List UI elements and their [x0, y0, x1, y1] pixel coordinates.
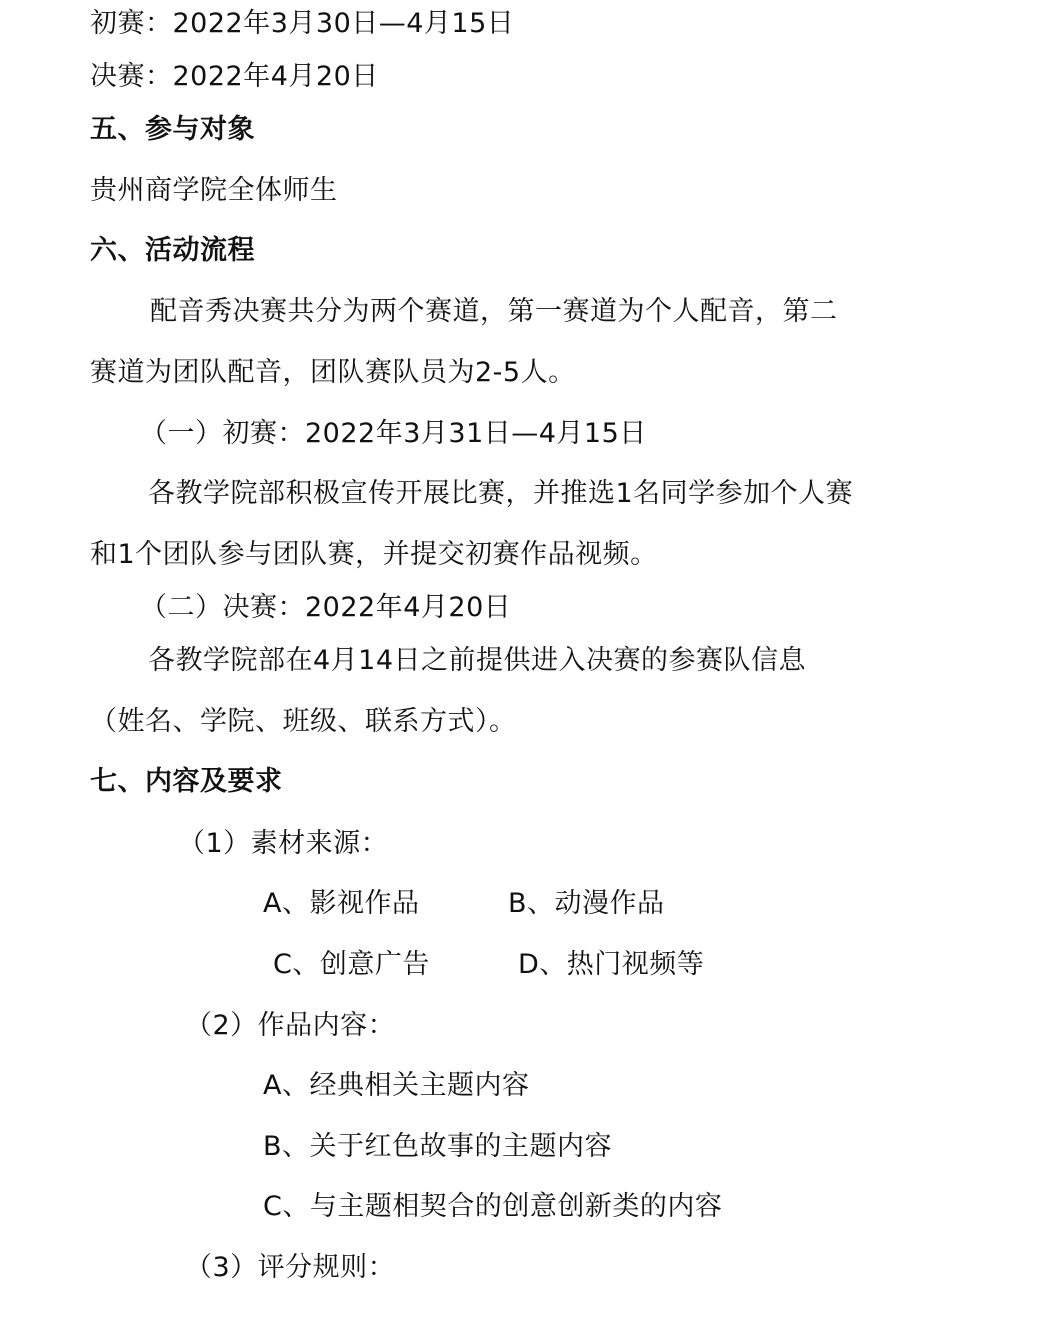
- material-option-b: B、动漫作品: [508, 890, 665, 917]
- sub-1-body-line2: 和1个团队参与团队赛，并提交初赛作品视频。: [90, 541, 658, 568]
- material-option-a: A、影视作品: [263, 890, 419, 917]
- content-option-a: A、经典相关主题内容: [263, 1072, 529, 1099]
- content-option-c: C、与主题相契合的创意创新类的内容: [263, 1193, 722, 1220]
- item-2-heading: （2）作品内容：: [185, 1012, 395, 1039]
- section-7-heading: 七、内容及要求: [90, 768, 283, 795]
- section-5-body: 贵州商学院全体师生: [90, 177, 338, 204]
- content-option-b: B、关于红色故事的主题内容: [263, 1133, 612, 1160]
- preliminary-schedule: 初赛：2022年3月30日—4月15日: [90, 10, 514, 37]
- sub-2-heading: （二）决赛：2022年4月20日: [140, 594, 511, 621]
- material-option-d: D、热门视频等: [518, 951, 704, 978]
- section-5-heading: 五、参与对象: [90, 116, 255, 143]
- item-1-heading: （1）素材来源：: [178, 830, 388, 857]
- sub-2-body-line2: （姓名、学院、班级、联系方式）。: [90, 708, 517, 735]
- section-6-intro-line1: 配音秀决赛共分为两个赛道，第一赛道为个人配音，第二: [150, 298, 838, 325]
- section-6-heading: 六、活动流程: [90, 237, 255, 264]
- sub-2-body-line1: 各教学院部在4月14日之前提供进入决赛的参赛队信息: [148, 647, 806, 674]
- material-option-c: C、创意广告: [273, 951, 430, 978]
- item-3-heading: （3）评分规则：: [185, 1254, 395, 1281]
- section-6-intro-line2: 赛道为团队配音，团队赛队员为2-5人。: [90, 359, 576, 386]
- sub-1-body-line1: 各教学院部积极宣传开展比赛，并推选1名同学参加个人赛: [148, 480, 853, 507]
- sub-1-heading: （一）初赛：2022年3月31日—4月15日: [140, 420, 647, 447]
- final-schedule: 决赛：2022年4月20日: [90, 63, 379, 90]
